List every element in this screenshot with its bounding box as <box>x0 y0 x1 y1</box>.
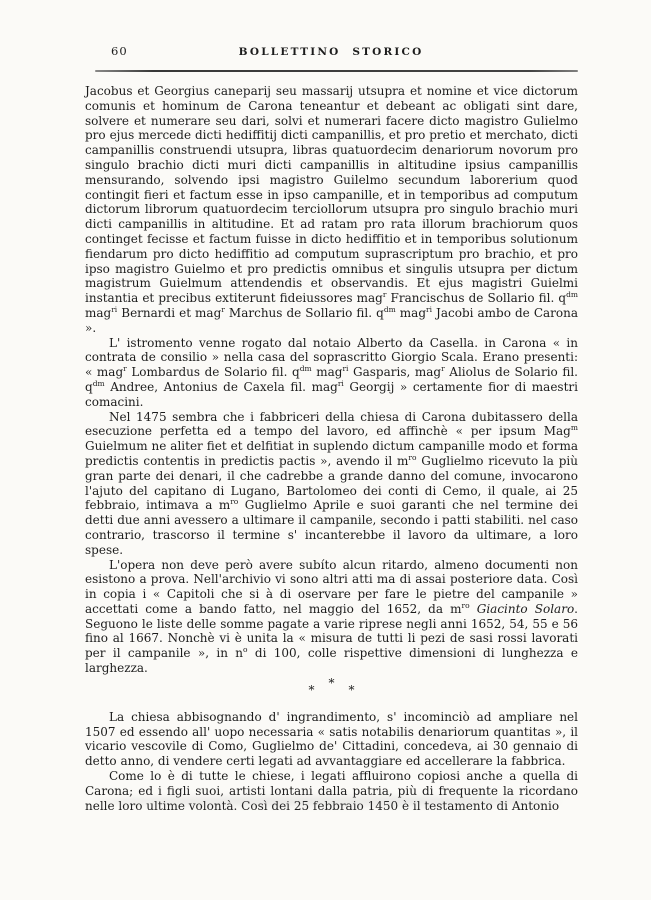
text-run: mag <box>85 306 111 320</box>
paragraph-7: Come lo è di tutte le chiese, i legati a… <box>85 769 578 813</box>
text-run: Come lo è di tutte le chiese, i legati a… <box>85 769 578 813</box>
text-run: Gasparis, mag <box>348 365 441 379</box>
asterisk-glyph: * <box>309 683 315 698</box>
superscript-abbreviation: dm <box>566 290 578 299</box>
text-run: La chiesa abbisognando d' ingrandimento,… <box>85 710 578 768</box>
running-title: BOLLETTINO STORICO <box>85 46 577 58</box>
superscript-abbreviation: m <box>571 423 578 432</box>
superscript-abbreviation: dm <box>300 364 312 373</box>
superscript-abbreviation: dm <box>384 305 396 314</box>
asterism-separator: *** <box>85 683 578 707</box>
text-run: Giacinto Solaro <box>477 602 574 616</box>
text-run: Andree, Antonius de Caxela fil. mag <box>105 380 338 394</box>
text-run: Francischus de Sollario fil. q <box>386 291 566 305</box>
asterisk-glyph: * <box>329 676 335 691</box>
scan-smudge-artifact <box>95 796 560 806</box>
page-body: Jacobus et Georgius caneparij seu massar… <box>85 84 578 813</box>
paragraph-6: La chiesa abbisognando d' ingrandimento,… <box>85 710 578 769</box>
text-run: Bernardi et mag <box>117 306 221 320</box>
text-run: Jacobus et Georgius caneparij seu massar… <box>85 84 578 305</box>
text-run: Lombardus de Solario fil. q <box>127 365 300 379</box>
asterisk-glyph: * <box>349 683 355 698</box>
text-run: Nel 1475 sembra che i fabbriceri della c… <box>85 410 578 439</box>
superscript-abbreviation: dm <box>93 379 105 388</box>
superscript-abbreviation: ro <box>462 601 470 610</box>
paragraph-2: L' istromento venne rogato dal notaio Al… <box>85 336 578 410</box>
header-rule <box>95 70 578 72</box>
paragraph-1: Jacobus et Georgius caneparij seu massar… <box>85 84 578 336</box>
paragraph-3: Nel 1475 sembra che i fabbriceri della c… <box>85 410 578 558</box>
text-run: mag <box>312 365 343 379</box>
page-header: 60 BOLLETTINO STORICO <box>85 44 577 64</box>
text-run: Marchus de Sollario fil. q <box>225 306 384 320</box>
text-run: mag <box>396 306 426 320</box>
text-run <box>470 602 477 616</box>
scanned-book-page: 60 BOLLETTINO STORICO Jacobus et Georgiu… <box>0 0 651 900</box>
paragraph-4: L'opera non deve però avere subíto alcun… <box>85 558 578 676</box>
